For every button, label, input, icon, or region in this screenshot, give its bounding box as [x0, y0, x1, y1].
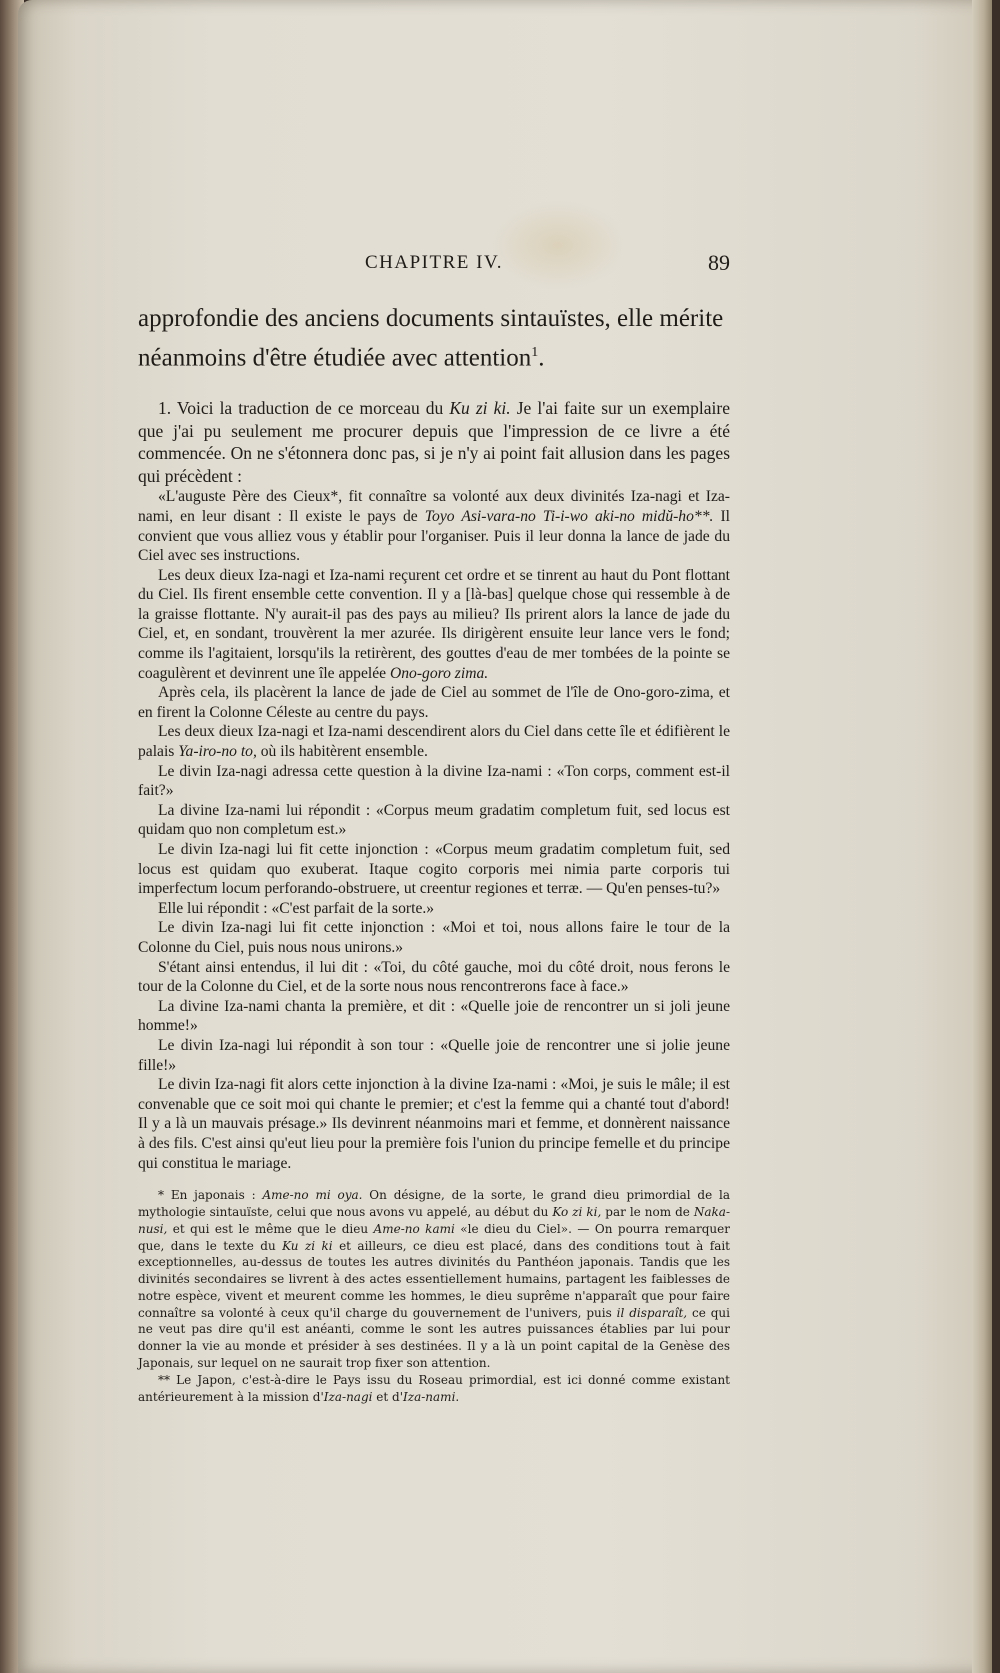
quote-paragraph: Le divin Iza-nagi fit alors cette injonc… [138, 1075, 730, 1173]
main-text-line-1: approfondie des anciens documents sintau… [138, 302, 730, 336]
quote-paragraph: Le divin Iza-nagi lui fit cette injoncti… [138, 918, 730, 957]
quote-paragraph: La divine Iza-nami chanta la première, e… [138, 997, 730, 1036]
quote-paragraph: Le divin Iza-nagi adressa cette question… [138, 762, 730, 801]
kuziki-translation: «L'auguste Père des Cieux*, fit connaîtr… [138, 487, 730, 1173]
footnote-double-star: ** Le Japon, c'est-à-dire le Pays issu d… [138, 1372, 730, 1406]
quote-paragraph: La divine Iza-nami lui répondit : «Corpu… [138, 801, 730, 840]
quote-paragraph: Le divin Iza-nagi lui fit cette injoncti… [138, 840, 730, 899]
chapter-title: CHAPITRE IV. [138, 252, 730, 274]
main-text-line-2: néanmoins d'être étudiée avec attention1… [138, 336, 730, 375]
footnote-star: * En japonais : Ame-no mi oya. On désign… [138, 1187, 730, 1372]
quote-paragraph: Après cela, ils placèrent la lance de ja… [138, 683, 730, 722]
main-text: approfondie des anciens documents sintau… [138, 302, 730, 375]
quote-paragraph: Les deux dieux Iza-nagi et Iza-nami desc… [138, 722, 730, 761]
quote-paragraph: Le divin Iza-nagi lui répondit à son tou… [138, 1036, 730, 1075]
footnotes: * En japonais : Ame-no mi oya. On désign… [138, 1187, 730, 1405]
page-edge [972, 0, 992, 1673]
page-number: 89 [708, 250, 730, 276]
running-head: CHAPITRE IV. 89 [138, 252, 730, 286]
note-1-intro: 1. Voici la traduction de ce morceau du … [138, 397, 730, 487]
page-content: CHAPITRE IV. 89 approfondie des anciens … [138, 252, 730, 1405]
quote-paragraph: Les deux dieux Iza-nagi et Iza-nami reçu… [138, 566, 730, 684]
quote-paragraph: S'étant ainsi entendus, il lui dit : «To… [138, 958, 730, 997]
quote-paragraph: «L'auguste Père des Cieux*, fit connaîtr… [138, 487, 730, 565]
quote-paragraph: Elle lui répondit : «C'est parfait de la… [138, 899, 730, 919]
